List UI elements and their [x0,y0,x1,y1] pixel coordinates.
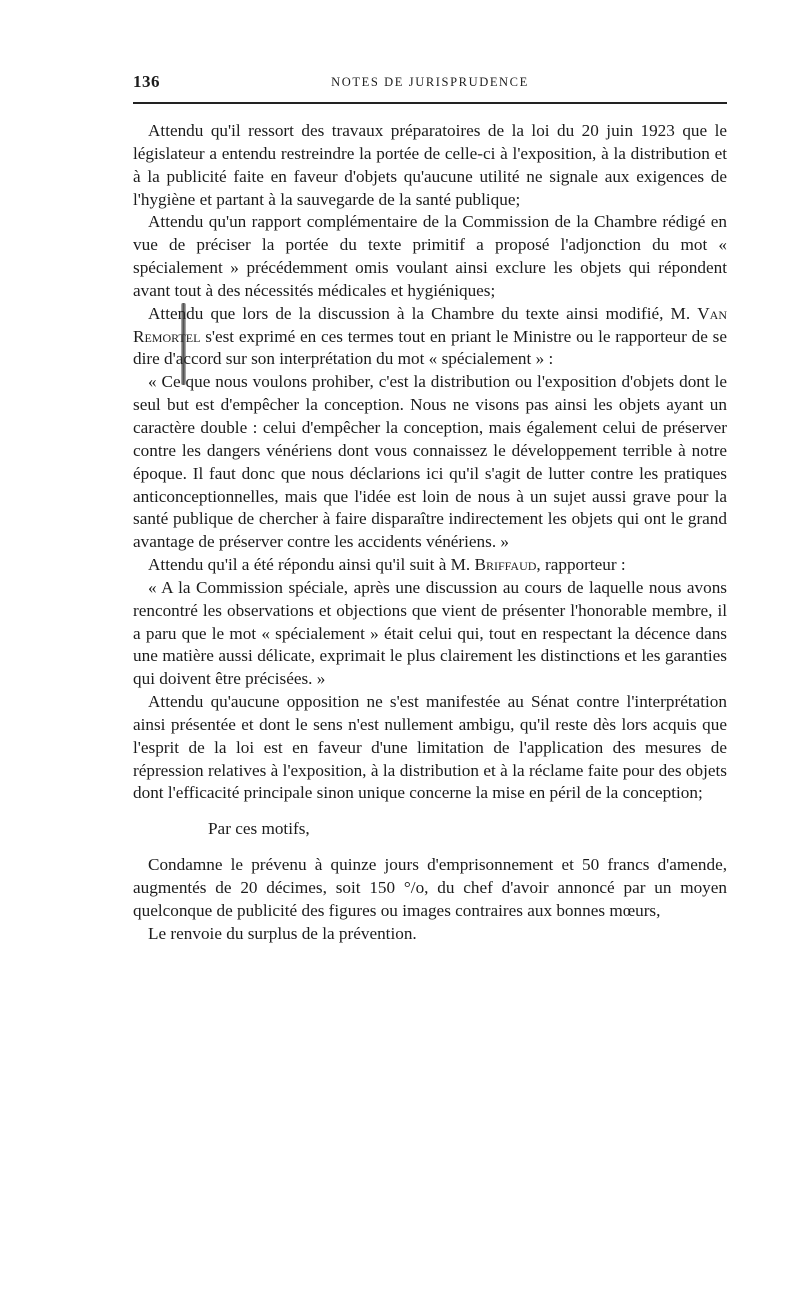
running-title: NOTES DE JURISPRUDENCE [133,75,727,90]
paragraph-senat: Attendu qu'aucune opposition ne s'est ma… [133,691,727,805]
paragraph-travaux-preparatoires: Attendu qu'il ressort des travaux prépar… [133,120,727,211]
header-rule [133,102,727,104]
paragraph-reponse-rapporteur: Attendu qu'il a été répondu ainsi qu'il … [133,554,727,577]
paragraph-quotation-van-remortel: « Ce que nous voulons prohiber, c'est la… [133,371,727,554]
motifs-heading: Par ces motifs, [133,818,727,841]
paragraph-text: Attendu qu'il a été répondu ainsi qu'il … [148,555,475,574]
paragraph-condamnation: Condamne le prévenu à quinze jours d'emp… [133,854,727,923]
paragraph-discussion-chambre: Attendu que lors de la discussion à la C… [133,303,727,372]
paragraph-text: Attendu que lors de la discussion à la C… [148,304,697,323]
paragraph-text: s'est exprimé en ces termes tout en pria… [133,327,727,369]
person-name: Briffaud [475,555,537,574]
paragraph-text: , rapporteur : [536,555,625,574]
paragraph-rapport-complementaire: Attendu qu'un rapport complémentaire de … [133,211,727,302]
body-text: Attendu qu'il ressort des travaux prépar… [133,120,727,946]
document-page: 136 NOTES DE JURISPRUDENCE Attendu qu'il… [133,70,727,946]
paragraph-quotation-commission: « A la Commission spéciale, après une di… [133,577,727,691]
running-head: 136 NOTES DE JURISPRUDENCE [133,70,727,96]
scan-artifact-mark [181,303,186,385]
paragraph-renvoi: Le renvoie du surplus de la prévention. [133,923,727,946]
